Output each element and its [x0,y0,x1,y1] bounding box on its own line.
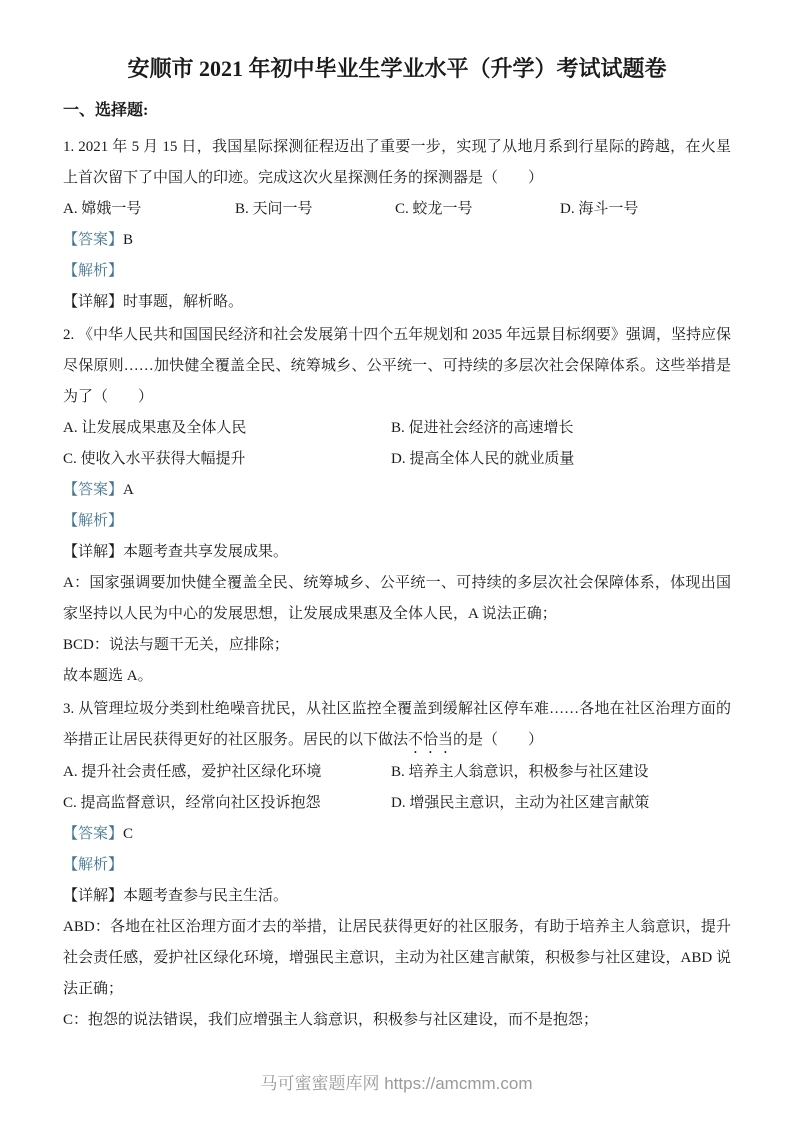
question-1-analysis-line: 【解析】 [63,256,731,287]
answer-value: B [123,232,133,248]
question-3-option-b: B. 培养主人翁意识，积极参与社区建设 [391,757,731,788]
stem-text: 3. 从管理垃圾分类到杜绝噪音扰民，从社区监控全覆盖到缓解社区停车难……各地在社… [63,701,731,748]
question-1-options: A. 嫦娥一号 B. 天问一号 C. 蛟龙一号 D. 海斗一号 [63,194,731,225]
question-2-detail-paragraph: 故本题选 A。 [63,661,731,692]
page-title: 安顺市 2021 年初中毕业生学业水平（升学）考试试题卷 [63,54,731,84]
question-1-option-b: B. 天问一号 [235,194,395,225]
question-1-detail-line: 【详解】时事题，解析略。 [63,287,731,318]
question-3-stem: 3. 从管理垃圾分类到杜绝噪音扰民，从社区监控全覆盖到缓解社区停车难……各地在社… [63,694,731,757]
answer-label: 【答案】 [63,482,123,498]
question-3-detail-line: 【详解】本题考查参与民主生活。 [63,881,731,912]
question-3-option-c: C. 提高监督意识，经常向社区投诉抱怨 [63,788,391,819]
question-2-option-a: A. 让发展成果惠及全体人民 [63,413,391,444]
detail-text: 时事题，解析略。 [123,294,243,310]
question-3-options-row-1: A. 提升社会责任感，爱护社区绿化环境 B. 培养主人翁意识，积极参与社区建设 [63,757,731,788]
detail-label: 【详解】 [63,294,123,310]
detail-label: 【详解】 [63,888,123,904]
question-2-options-row-2: C. 使收入水平获得大幅提升 D. 提高全体人民的就业质量 [63,444,731,475]
question-1-option-d: D. 海斗一号 [560,194,731,225]
question-1-stem: 1. 2021 年 5 月 15 日，我国星际探测征程迈出了重要一步，实现了从地… [63,132,731,194]
answer-label: 【答案】 [63,232,123,248]
stem-emphasized-text: 不恰当 [408,732,453,748]
detail-label: 【详解】 [63,544,123,560]
question-2-analysis-line: 【解析】 [63,506,731,537]
question-2-option-b: B. 促进社会经济的高速增长 [391,413,731,444]
analysis-label: 【解析】 [63,263,123,279]
answer-label: 【答案】 [63,826,123,842]
section-heading: 一、选择题: [63,98,731,124]
question-2-option-c: C. 使收入水平获得大幅提升 [63,444,391,475]
stem-text: 的是（ ） [453,732,543,748]
analysis-label: 【解析】 [63,857,123,873]
question-3-option-a: A. 提升社会责任感，爱护社区绿化环境 [63,757,391,788]
question-1-option-c: C. 蛟龙一号 [395,194,560,225]
detail-text: 本题考查参与民主生活。 [123,888,288,904]
question-3: 3. 从管理垃圾分类到杜绝噪音扰民，从社区监控全覆盖到缓解社区停车难……各地在社… [63,694,731,1036]
question-3-options-row-2: C. 提高监督意识，经常向社区投诉抱怨 D. 增强民主意识，主动为社区建言献策 [63,788,731,819]
question-3-analysis-line: 【解析】 [63,850,731,881]
watermark-footer: 马可蜜蜜题库网 https://amcmm.com [0,1069,793,1094]
question-1-answer-line: 【答案】B [63,225,731,256]
question-3-option-d: D. 增强民主意识，主动为社区建言献策 [391,788,731,819]
answer-value: C [123,826,133,842]
question-1-option-a: A. 嫦娥一号 [63,194,235,225]
detail-text: 本题考查共享发展成果。 [123,544,288,560]
question-3-detail-paragraph: ABD：各地在社区治理方面才去的举措，让居民获得更好的社区服务，有助于培养主人翁… [63,912,731,1005]
question-3-answer-line: 【答案】C [63,819,731,850]
question-2-detail-line: 【详解】本题考查共享发展成果。 [63,537,731,568]
answer-value: A [123,482,134,498]
question-2-detail-paragraph: A：国家强调要加快健全覆盖全民、统筹城乡、公平统一、可持续的多层次社会保障体系，… [63,568,731,630]
question-2-answer-line: 【答案】A [63,475,731,506]
question-1: 1. 2021 年 5 月 15 日，我国星际探测征程迈出了重要一步，实现了从地… [63,132,731,318]
question-2-options-row-1: A. 让发展成果惠及全体人民 B. 促进社会经济的高速增长 [63,413,731,444]
question-2-option-d: D. 提高全体人民的就业质量 [391,444,731,475]
question-2-detail-paragraph: BCD：说法与题干无关，应排除； [63,630,731,661]
exam-page: 安顺市 2021 年初中毕业生学业水平（升学）考试试题卷 一、选择题: 1. 2… [0,0,793,1122]
question-2-stem: 2. 《中华人民共和国国民经济和社会发展第十四个五年规划和 2035 年远景目标… [63,320,731,413]
analysis-label: 【解析】 [63,513,123,529]
question-3-detail-paragraph: C：抱怨的说法错误，我们应增强主人翁意识，积极参与社区建设，而不是抱怨； [63,1005,731,1036]
question-2: 2. 《中华人民共和国国民经济和社会发展第十四个五年规划和 2035 年远景目标… [63,320,731,692]
